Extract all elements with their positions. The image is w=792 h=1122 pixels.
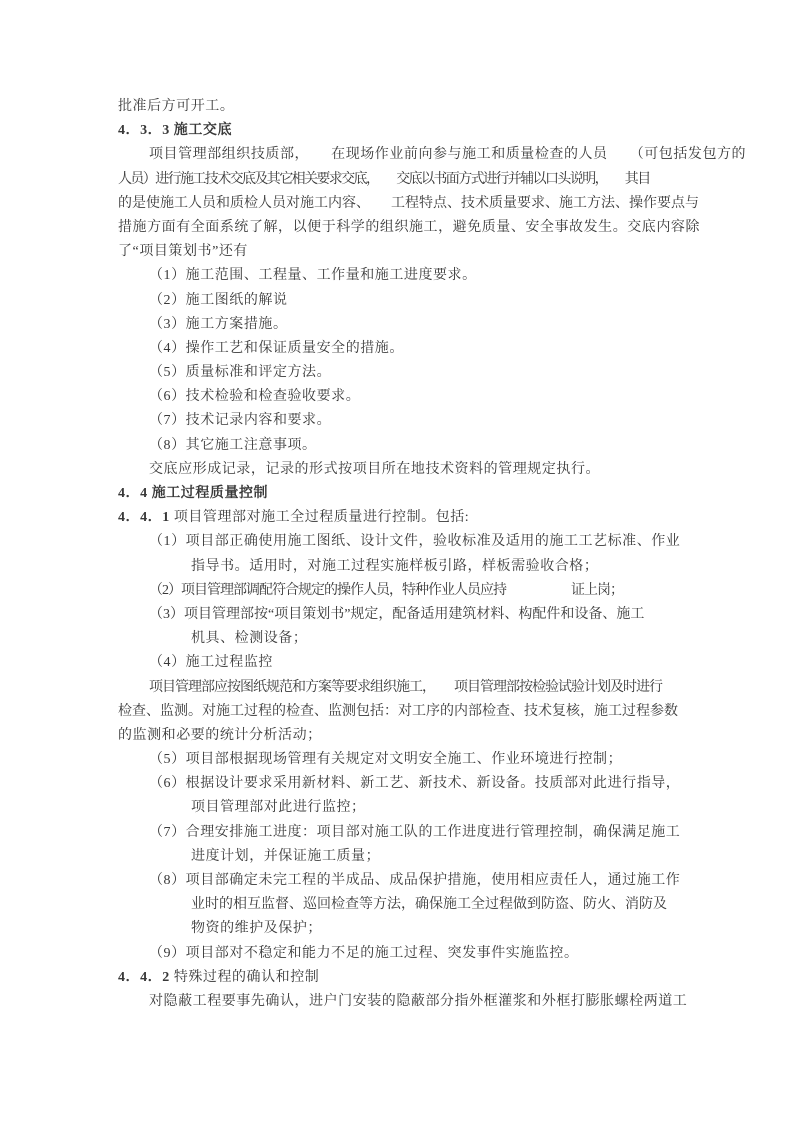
document-content: 批准后方可开工。4．3．3 施工交底项目管理部组织技质部， 在现场作业前向参与施…: [118, 95, 718, 1014]
document-line-37: 4．4．2 特殊过程的确认和控制: [118, 966, 718, 990]
document-line-19: （1）项目部正确使用施工图纸、设计文件，验收标准及适用的施工工艺标准、作业: [118, 530, 718, 554]
document-line-23: 机具、检测设备；: [118, 627, 718, 651]
document-line-28: （5）项目部根据现场管理有关规定对文明安全施工、作业环境进行控制；: [118, 748, 718, 772]
heading-number: 4．4．2: [118, 970, 174, 985]
document-line-21: （2）项目管理部调配符合规定的操作人员，特种作业人员应持 证上岗；: [118, 579, 718, 603]
document-line-36: （9）项目部对不稳定和能力不足的施工过程、突发事件实施监控。: [118, 942, 718, 966]
document-line-8: （1）施工范围、工程量、工作量和施工进度要求。: [118, 264, 718, 288]
document-line-6: 措施方面有全面系统了解，以便于科学的组织施工，避免质量、安全事故发生。交底内容除: [118, 216, 718, 240]
document-line-24: （4）施工过程监控: [118, 651, 718, 675]
document-line-29: （6）根据设计要求采用新材料、新工艺、新技术、新设备。技质部对此进行指导，: [118, 772, 718, 796]
document-line-1: 批准后方可开工。: [118, 95, 718, 119]
document-line-4: 人员）进行施工技术交底及其它相关要求交底， 交底以书面方式进行并辅以口头说明， …: [118, 168, 718, 192]
document-line-25: 项目管理部应按图纸规范和方案等要求组织施工， 项目管理部按检验试验计划及时进行: [118, 676, 718, 700]
document-line-11: （4）操作工艺和保证质量安全的措施。: [118, 337, 718, 361]
document-line-13: （6）技术检验和检查验收要求。: [118, 385, 718, 409]
document-line-35: 物资的维护及保护；: [118, 917, 718, 941]
document-line-9: （2）施工图纸的解说: [118, 289, 718, 313]
document-line-14: （7）技术记录内容和要求。: [118, 409, 718, 433]
document-line-26: 检查、监测。对施工过程的检查、监测包括：对工序的内部检查、技术复核，施工过程参数: [118, 700, 718, 724]
document-line-3: 项目管理部组织技质部， 在现场作业前向参与施工和质量检查的人员 （可包括发包方的: [118, 143, 718, 167]
document-page: 批准后方可开工。4．3．3 施工交底项目管理部组织技质部， 在现场作业前向参与施…: [0, 0, 792, 1122]
document-line-38: 对隐蔽工程要事先确认，进户门安装的隐蔽部分指外框灌浆和外框打膨胀螺栓两道工: [118, 990, 718, 1014]
document-line-18: 4．4．1 项目管理部对施工全过程质量进行控制。包括:: [118, 506, 718, 530]
document-line-27: 的监测和必要的统计分析活动；: [118, 724, 718, 748]
document-line-22: （3）项目管理部按“项目策划书”规定，配备适用建筑材料、构配件和设备、施工: [118, 603, 718, 627]
document-line-10: （3）施工方案措施。: [118, 313, 718, 337]
document-line-12: （5）质量标准和评定方法。: [118, 361, 718, 385]
document-line-34: 业时的相互监督、巡回检查等方法，确保施工全过程做到防盗、防火、消防及: [118, 893, 718, 917]
document-line-5: 的是使施工人员和质检人员对施工内容、 工程特点、技术质量要求、施工方法、操作要点…: [118, 192, 718, 216]
document-line-2: 4．3．3 施工交底: [118, 119, 718, 143]
document-line-32: 进度计划，并保证施工质量；: [118, 845, 718, 869]
document-line-33: （8）项目部确定未完工程的半成品、成品保护措施，使用相应责任人，通过施工作: [118, 869, 718, 893]
document-line-7: 了“项目策划书”还有: [118, 240, 718, 264]
document-line-17: 4．4 施工过程质量控制: [118, 482, 718, 506]
document-line-31: （7）合理安排施工进度：项目部对施工队的工作进度进行管理控制，确保满足施工: [118, 821, 718, 845]
heading-number: 4．4．1: [118, 510, 174, 525]
document-line-20: 指导书。适用时，对施工过程实施样板引路，样板需验收合格；: [118, 555, 718, 579]
document-line-30: 项目管理部对此进行监控；: [118, 796, 718, 820]
document-line-16: 交底应形成记录，记录的形式按项目所在地技术资料的管理规定执行。: [118, 458, 718, 482]
document-line-15: （8）其它施工注意事项。: [118, 434, 718, 458]
